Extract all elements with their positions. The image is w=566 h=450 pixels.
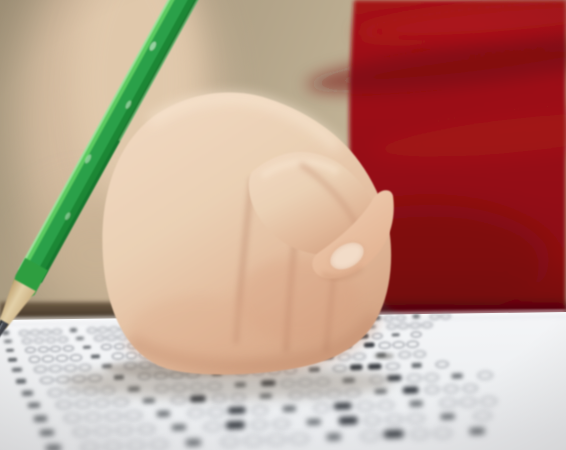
photo-exam-answer-sheet — [0, 0, 566, 450]
pencil-tip — [0, 258, 48, 362]
foreground-scene — [0, 0, 566, 450]
pencil-tip-shadow — [374, 353, 394, 359]
